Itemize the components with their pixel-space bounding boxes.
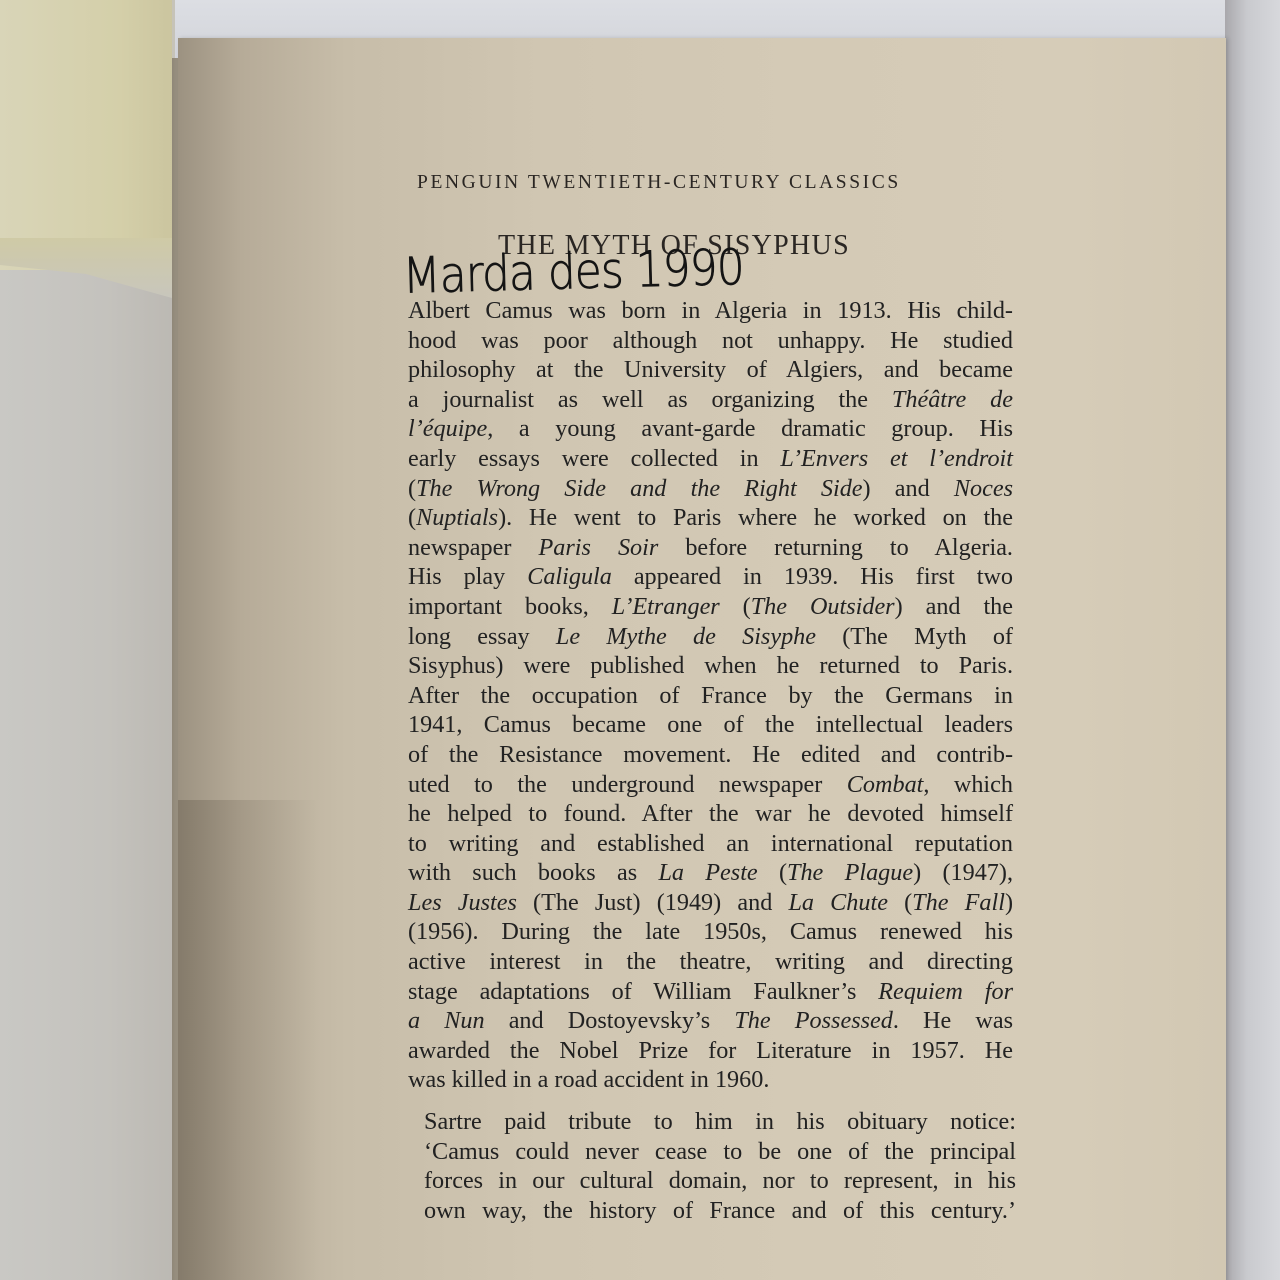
text-line: (The Wrong Side and the Right Side) and … [408, 474, 1013, 504]
text-line: with such books as La Peste (The Plague)… [408, 858, 1013, 888]
text-line: forces in our cultural domain, nor to re… [424, 1166, 1016, 1196]
text-line: important books, L’Etranger (The Outside… [408, 592, 1013, 622]
text-line: Sartre paid tribute to him in his obitua… [424, 1107, 1016, 1137]
text-line: awarded the Nobel Prize for Literature i… [408, 1036, 1013, 1066]
text-line: a Nun and Dostoyevsky’s The Possessed. H… [408, 1006, 1013, 1036]
page-curl-shadow [178, 800, 318, 1280]
cover-cream-band [0, 0, 172, 270]
text-line: Sisyphus) were published when he returne… [408, 651, 1013, 681]
text-line: of the Resistance movement. He edited an… [408, 740, 1013, 770]
cover-gray-area [0, 250, 178, 1280]
text-line: Albert Camus was born in Algeria in 1913… [408, 296, 1013, 326]
text-line: Les Justes (The Just) (1949) and La Chut… [408, 888, 1013, 918]
text-line: 1941, Camus became one of the intellectu… [408, 710, 1013, 740]
series-heading: PENGUIN TWENTIETH-CENTURY CLASSICS [417, 172, 901, 194]
text-line: His play Caligula appeared in 1939. His … [408, 562, 1013, 592]
text-line: (Nuptials). He went to Paris where he wo… [408, 503, 1013, 533]
biography-paragraph: Albert Camus was born in Algeria in 1913… [408, 296, 1013, 1095]
text-line: hood was poor although not unhappy. He s… [408, 326, 1013, 356]
text-line: he helped to found. After the war he dev… [408, 799, 1013, 829]
text-line: philosophy at the University of Algiers,… [408, 355, 1013, 385]
text-line: uted to the underground newspaper Combat… [408, 770, 1013, 800]
sartre-quote-paragraph: Sartre paid tribute to him in his obitua… [424, 1107, 1016, 1225]
text-line: early essays were collected in L’Envers … [408, 444, 1013, 474]
text-line: After the occupation of France by the Ge… [408, 681, 1013, 711]
text-line: l’équipe, a young avant-garde dramatic g… [408, 414, 1013, 444]
inside-cover [0, 0, 175, 1280]
text-line: (1956). During the late 1950s, Camus ren… [408, 917, 1013, 947]
text-line: a journalist as well as organizing the T… [408, 385, 1013, 415]
text-line: long essay Le Mythe de Sisyphe (The Myth… [408, 622, 1013, 652]
text-line: own way, the history of France and of th… [424, 1196, 1016, 1226]
text-line: was killed in a road accident in 1960. [408, 1065, 1013, 1095]
text-line: active interest in the theatre, writing … [408, 947, 1013, 977]
text-line: stage adaptations of William Faulkner’s … [408, 977, 1013, 1007]
background-shadow [1225, 0, 1280, 1280]
text-line: to writing and established an internatio… [408, 829, 1013, 859]
text-line: ‘Camus could never cease to be one of th… [424, 1137, 1016, 1167]
text-line: newspaper Paris Soir before returning to… [408, 533, 1013, 563]
